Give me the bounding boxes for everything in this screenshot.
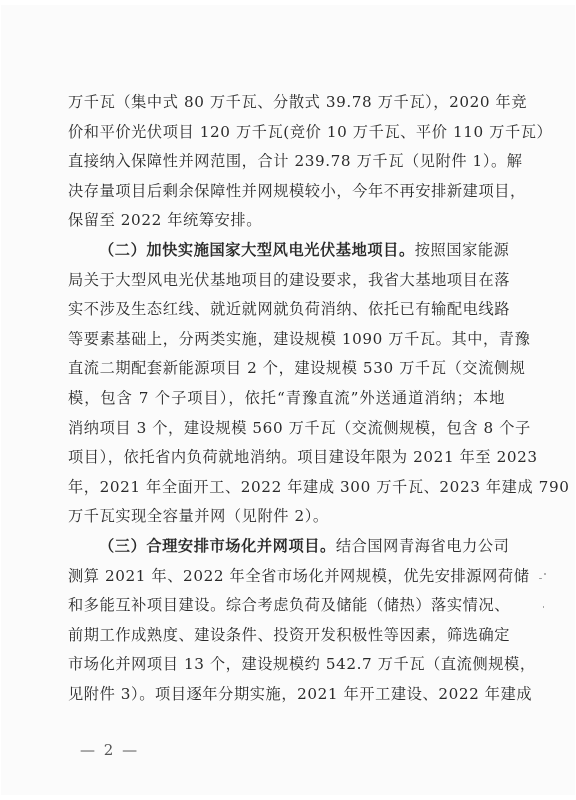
scan-speck <box>544 573 546 575</box>
document-body: 万千瓦（集中式 80 万千瓦、分散式 39.78 万千瓦），2020 年竞 价和… <box>68 88 505 709</box>
section-2-first-line: （二）加快实施国家大型风电光伏基地项目。按照国家能源 <box>68 236 505 266</box>
text-line: 和多能互补项目建设。综合考虑负荷及储能（储热）落实情况、 <box>68 591 505 621</box>
text-line: 价和平价光伏项目 120 万千瓦(竞价 10 万千瓦、平价 110 万千瓦） <box>68 118 505 148</box>
text-line: 前期工作成熟度、建设条件、投资开发积极性等因素，筛选确定 <box>68 621 505 651</box>
scan-speck <box>539 578 542 579</box>
section-2-heading: （二）加快实施国家大型风电光伏基地项目。 <box>99 241 415 259</box>
text-line: 决存量项目后剩余保障性并网规模较小，今年不再安排新建项目， <box>68 177 505 207</box>
text-line: 万千瓦（集中式 80 万千瓦、分散式 39.78 万千瓦），2020 年竞 <box>68 88 505 118</box>
text-line: 模，包含 7 个子项目），依托“青豫直流”外送通道消纳；本地 <box>68 384 505 414</box>
section-3-first-line: （三）合理安排市场化并网项目。结合国网青海省电力公司 <box>68 532 505 562</box>
text-line: 等要素基础上，分两类实施，建设规模 1090 万千瓦。其中，青豫 <box>68 325 505 355</box>
text-line: 万千瓦实现全容量并网（见附件 2）。 <box>68 502 505 532</box>
page-number: — 2 — <box>80 741 139 759</box>
text-line: 实不涉及生态红线、就近就网就负荷消纳、依托已有输配电线路 <box>68 295 505 325</box>
text-line: 项目），依托省内负荷就地消纳。项目建设年限为 2021 年至 2023 <box>68 443 505 473</box>
section-3-first-line-rest: 结合国网青海省电力公司 <box>336 537 510 555</box>
text-line: 消纳项目 3 个，建设规模 560 万千瓦（交流侧规模，包含 8 个子 <box>68 414 505 444</box>
text-line: 年，2021 年全面开工、2022 年建成 300 万千瓦、2023 年建成 7… <box>68 473 505 503</box>
text-line: 保留至 2022 年统筹安排。 <box>68 206 505 236</box>
text-line: 局关于大型风电光伏基地项目的建设要求，我省大基地项目在落 <box>68 266 505 296</box>
text-line: 直接纳入保障性并网范围，合计 239.78 万千瓦（见附件 1）。解 <box>68 147 505 177</box>
text-line: 市场化并网项目 13 个，建设规模约 542.7 万千瓦（直流侧规模， <box>68 650 505 680</box>
text-line: 测算 2021 年、2022 年全省市场化并网规模，优先安排源网荷储 <box>68 562 505 592</box>
section-2-first-line-rest: 按照国家能源 <box>415 241 510 259</box>
text-line: 直流二期配套新能源项目 2 个，建设规模 530 万千瓦（交流侧规 <box>68 354 505 384</box>
section-3-heading: （三）合理安排市场化并网项目。 <box>99 537 336 555</box>
text-line: 见附件 3）。项目逐年分期实施，2021 年开工建设、2022 年建成 <box>68 680 505 710</box>
scan-speck <box>543 606 544 608</box>
